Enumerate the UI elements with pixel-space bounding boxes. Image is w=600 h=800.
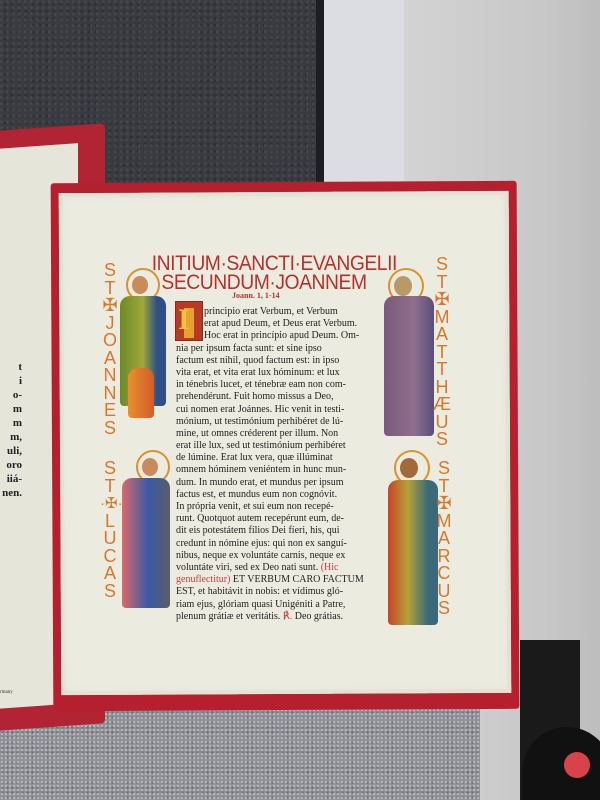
card-title: INITIUM·SANCTI·EVANGELII SECUNDUM·JOANNE…: [152, 254, 376, 292]
fragment-line: m: [0, 402, 22, 416]
robe: [388, 480, 438, 625]
text-line: erat apud Deum, et Deus erat Verbum.: [176, 318, 386, 330]
final-line: plenum grátiæ et veritátis. ℟. Deo gráti…: [176, 611, 386, 623]
robe: [122, 478, 170, 608]
text-line: runt. Quotquot autem recepérunt eum, de-: [176, 513, 386, 525]
label-letter: E: [100, 402, 120, 420]
robe-lower: [128, 368, 154, 418]
head: [394, 276, 412, 296]
label-letter: S: [100, 262, 120, 280]
text-line: prehendérunt. Fuit homo missus a Deo,: [176, 391, 386, 403]
text-fragment: ET VERBUM CARO FACTUM: [230, 574, 363, 585]
label-letter: Æ: [432, 396, 452, 414]
text-line: mine, ut omnes créderent per illum. Non: [176, 428, 386, 440]
text-line: EST, et habitávit in nobis: et vídimus g…: [176, 586, 386, 598]
text-line: principio erat Verbum, et Verbum: [176, 306, 386, 318]
text-line: vita erat, et vita erat lux hóminum: et …: [176, 367, 386, 379]
fragment-line: i: [0, 374, 22, 388]
label-letter: T: [100, 478, 120, 496]
rubric: (Hic: [321, 562, 339, 573]
text-line: cui nomen erat Joánnes. Hic venit in tes…: [176, 404, 386, 416]
label-letter: S: [432, 431, 452, 449]
fragment-line: nen.: [0, 486, 22, 500]
label-letter: A: [100, 565, 120, 583]
fragment-line: m,: [0, 430, 22, 444]
text-line: credunt in nómine ejus: qui non ex sangu…: [176, 538, 386, 550]
fragment-line: iiá-: [0, 472, 22, 486]
label-letter: U: [100, 530, 120, 548]
label-letter: S: [100, 420, 120, 438]
text-line: nia per ipsum facta sunt: et sine ipso: [176, 343, 386, 355]
label-st-lucas: S T ·✠· L U C A S: [100, 460, 120, 600]
text-line: de lúmine. Erat lux vera, quæ illúminat: [176, 452, 386, 464]
label-letter: N: [100, 367, 120, 385]
label-letter: S: [434, 460, 454, 478]
label-letter: O: [100, 332, 120, 350]
label-st-marcus: S T ✠ M A R C U S: [434, 460, 454, 618]
text-line: factum est nihil, quod factum est: in ip…: [176, 355, 386, 367]
label-letter: A: [434, 530, 454, 548]
fragment-line: o-: [0, 388, 22, 402]
text-fragment: Deo grátias.: [292, 611, 343, 622]
robe: [384, 296, 434, 436]
text-line: erat ille lux, sed ut testimónium perhib…: [176, 440, 386, 452]
label-letter: S: [434, 600, 454, 618]
text-line: riam ejus, glóriam quasi Unigéniti a Pat…: [176, 599, 386, 611]
label-letter: T: [432, 361, 452, 379]
cross-icon: ·✠·: [100, 495, 120, 513]
label-letter: S: [100, 460, 120, 478]
label-letter: C: [434, 565, 454, 583]
text-line: nibus, neque ex voluntáte carnis, neque …: [176, 550, 386, 562]
door-frame-edge: [316, 0, 324, 195]
text-line: dum. In mundo erat, et mundus per ipsum: [176, 477, 386, 489]
rubric: genuflectitur): [176, 574, 230, 585]
text-fragment: plenum grátiæ et veritátis.: [176, 611, 283, 622]
wall-light-panel: [324, 0, 404, 190]
gospel-text: principio erat Verbum, et Verbum erat ap…: [176, 306, 386, 623]
text-fragment: voluntáte viri, sed ex Deo nati sunt.: [176, 562, 318, 573]
cross-icon: ✠: [434, 495, 454, 513]
text-line: mónium, ut testimónium perhibéret de lú-: [176, 416, 386, 428]
fragment-line: oro: [0, 458, 22, 472]
text-line: In própria venit, et sui eum non recepé-: [176, 501, 386, 513]
label-st-matthaeus: S T ✠ M A T T H Æ U S: [432, 256, 452, 449]
text-line: Hoc erat in princípio apud Deum. Om-: [176, 330, 386, 342]
cross-icon: ✠: [100, 297, 120, 315]
cross-icon: ✠: [432, 291, 452, 309]
label-letter: S: [432, 256, 452, 274]
title-line-2: SECUNDUM·JOANNEM: [152, 273, 376, 292]
head: [142, 458, 158, 476]
text-line-with-rubric: voluntáte viri, sed ex Deo nati sunt. (H…: [176, 562, 386, 574]
red-dot-icon: [564, 752, 590, 778]
label-st-joannes: S T ✠ J O A N N E S: [100, 262, 120, 437]
response-icon: ℟.: [283, 611, 292, 622]
text-line: in ténebris lucet, et ténebræ eam non co…: [176, 379, 386, 391]
text-line: omnem hóminem veniéntem in hunc mun-: [176, 464, 386, 476]
head: [132, 276, 148, 294]
fragment-line: t: [0, 360, 22, 374]
text-line: factus est, et mundus eum non cognóvit.: [176, 489, 386, 501]
head: [400, 458, 418, 478]
text-line: dit eis potestátem fílios Dei fíeri, his…: [176, 525, 386, 537]
label-letter: A: [432, 326, 452, 344]
label-letter: S: [100, 583, 120, 601]
left-card-footer: rmany: [0, 690, 13, 695]
text-line-with-rubric: genuflectitur) ET VERBUM CARO FACTUM: [176, 574, 386, 586]
scripture-reference: Joann. 1, 1-14: [232, 291, 280, 300]
left-card-text-fragment: t i o- m m m, uli, oro iiá- nen.: [0, 360, 22, 500]
fragment-line: m: [0, 416, 22, 430]
fragment-line: uli,: [0, 444, 22, 458]
